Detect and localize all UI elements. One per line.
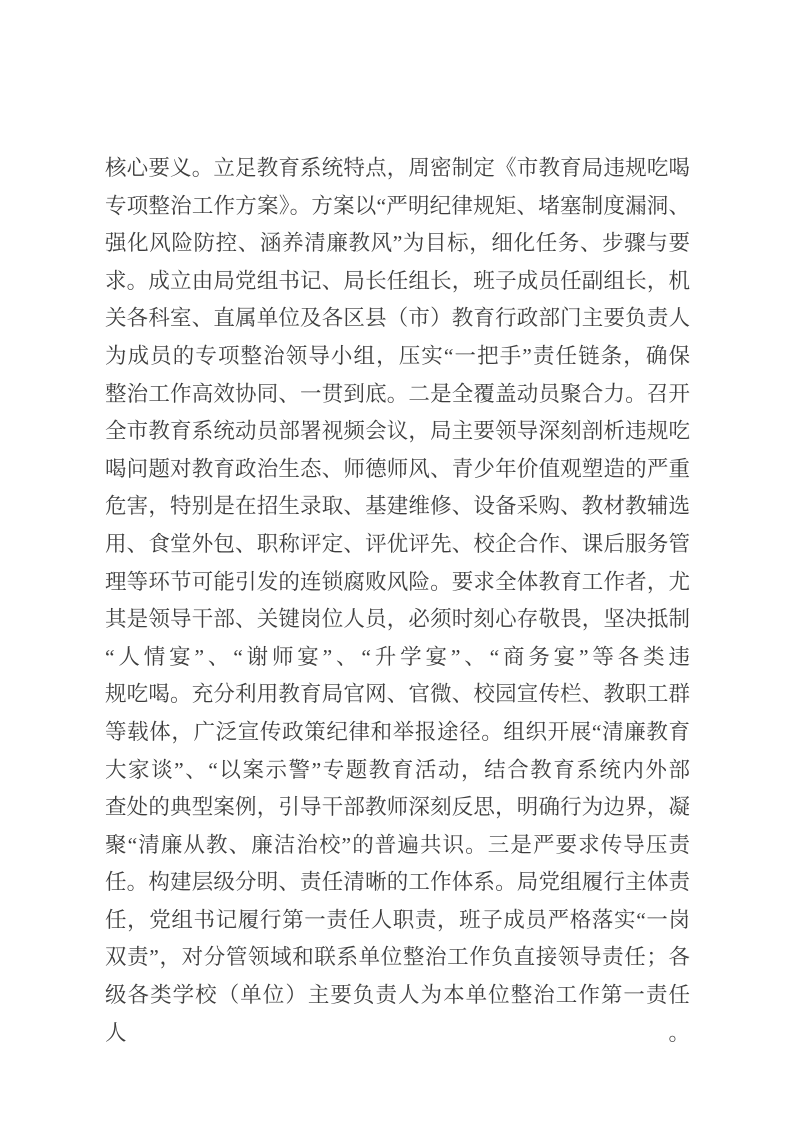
text-line: 任，党组书记履行第一责任人职责，班子成员严格落实“一岗	[105, 902, 690, 940]
text-line: 关各科室、直属单位及各区县（市）教育行政部门主要负责人	[105, 300, 690, 338]
document-text-block: 核心要义。立足教育系统特点，周密制定《市教育局违规吃喝专项整治工作方案》。方案以…	[105, 150, 690, 1052]
text-line: 级各类学校（单位）主要负责人为本单位整治工作第一责任人。	[105, 977, 690, 1052]
text-line: 危害，特别是在招生录取、基建维修、设备采购、教材教辅选	[105, 488, 690, 526]
text-line: 任。构建层级分明、责任清晰的工作体系。局党组履行主体责	[105, 864, 690, 902]
document-page: 核心要义。立足教育系统特点，周密制定《市教育局违规吃喝专项整治工作方案》。方案以…	[0, 0, 793, 1122]
text-line: 规吃喝。充分利用教育局官网、官微、校园宣传栏、教职工群	[105, 676, 690, 714]
text-line: 专项整治工作方案》。方案以“严明纪律规矩、堵塞制度漏洞、	[105, 188, 690, 226]
text-line: 其是领导干部、关键岗位人员，必须时刻心存敬畏，坚决抵制	[105, 601, 690, 639]
text-line: 强化风险防控、涵养清廉教风”为目标，细化任务、步骤与要	[105, 225, 690, 263]
text-line: 大家谈”、“以案示警”专题教育活动，结合教育系统内外部	[105, 752, 690, 790]
text-line: 聚“清廉从教、廉洁治校”的普遍共识。三是严要求传导压责	[105, 827, 690, 865]
text-line: 查处的典型案例，引导干部教师深刻反思，明确行为边界，凝	[105, 789, 690, 827]
text-line: 喝问题对教育政治生态、师德师风、青少年价值观塑造的严重	[105, 451, 690, 489]
text-line: 为成员的专项整治领导小组，压实“一把手”责任链条，确保	[105, 338, 690, 376]
text-line: “人情宴”、“谢师宴”、“升学宴”、“商务宴”等各类违	[105, 639, 690, 677]
text-line: 全市教育系统动员部署视频会议，局主要领导深刻剖析违规吃	[105, 413, 690, 451]
text-line: 双责”，对分管领域和联系单位整治工作负直接领导责任；各	[105, 939, 690, 977]
text-line: 等载体，广泛宣传政策纪律和举报途径。组织开展“清廉教育	[105, 714, 690, 752]
text-line: 用、食堂外包、职称评定、评优评先、校企合作、课后服务管	[105, 526, 690, 564]
text-line: 整治工作高效协同、一贯到底。二是全覆盖动员聚合力。召开	[105, 376, 690, 414]
text-line: 核心要义。立足教育系统特点，周密制定《市教育局违规吃喝	[105, 150, 690, 188]
text-line: 理等环节可能引发的连锁腐败风险。要求全体教育工作者，尤	[105, 564, 690, 602]
text-line: 求。成立由局党组书记、局长任组长，班子成员任副组长，机	[105, 263, 690, 301]
